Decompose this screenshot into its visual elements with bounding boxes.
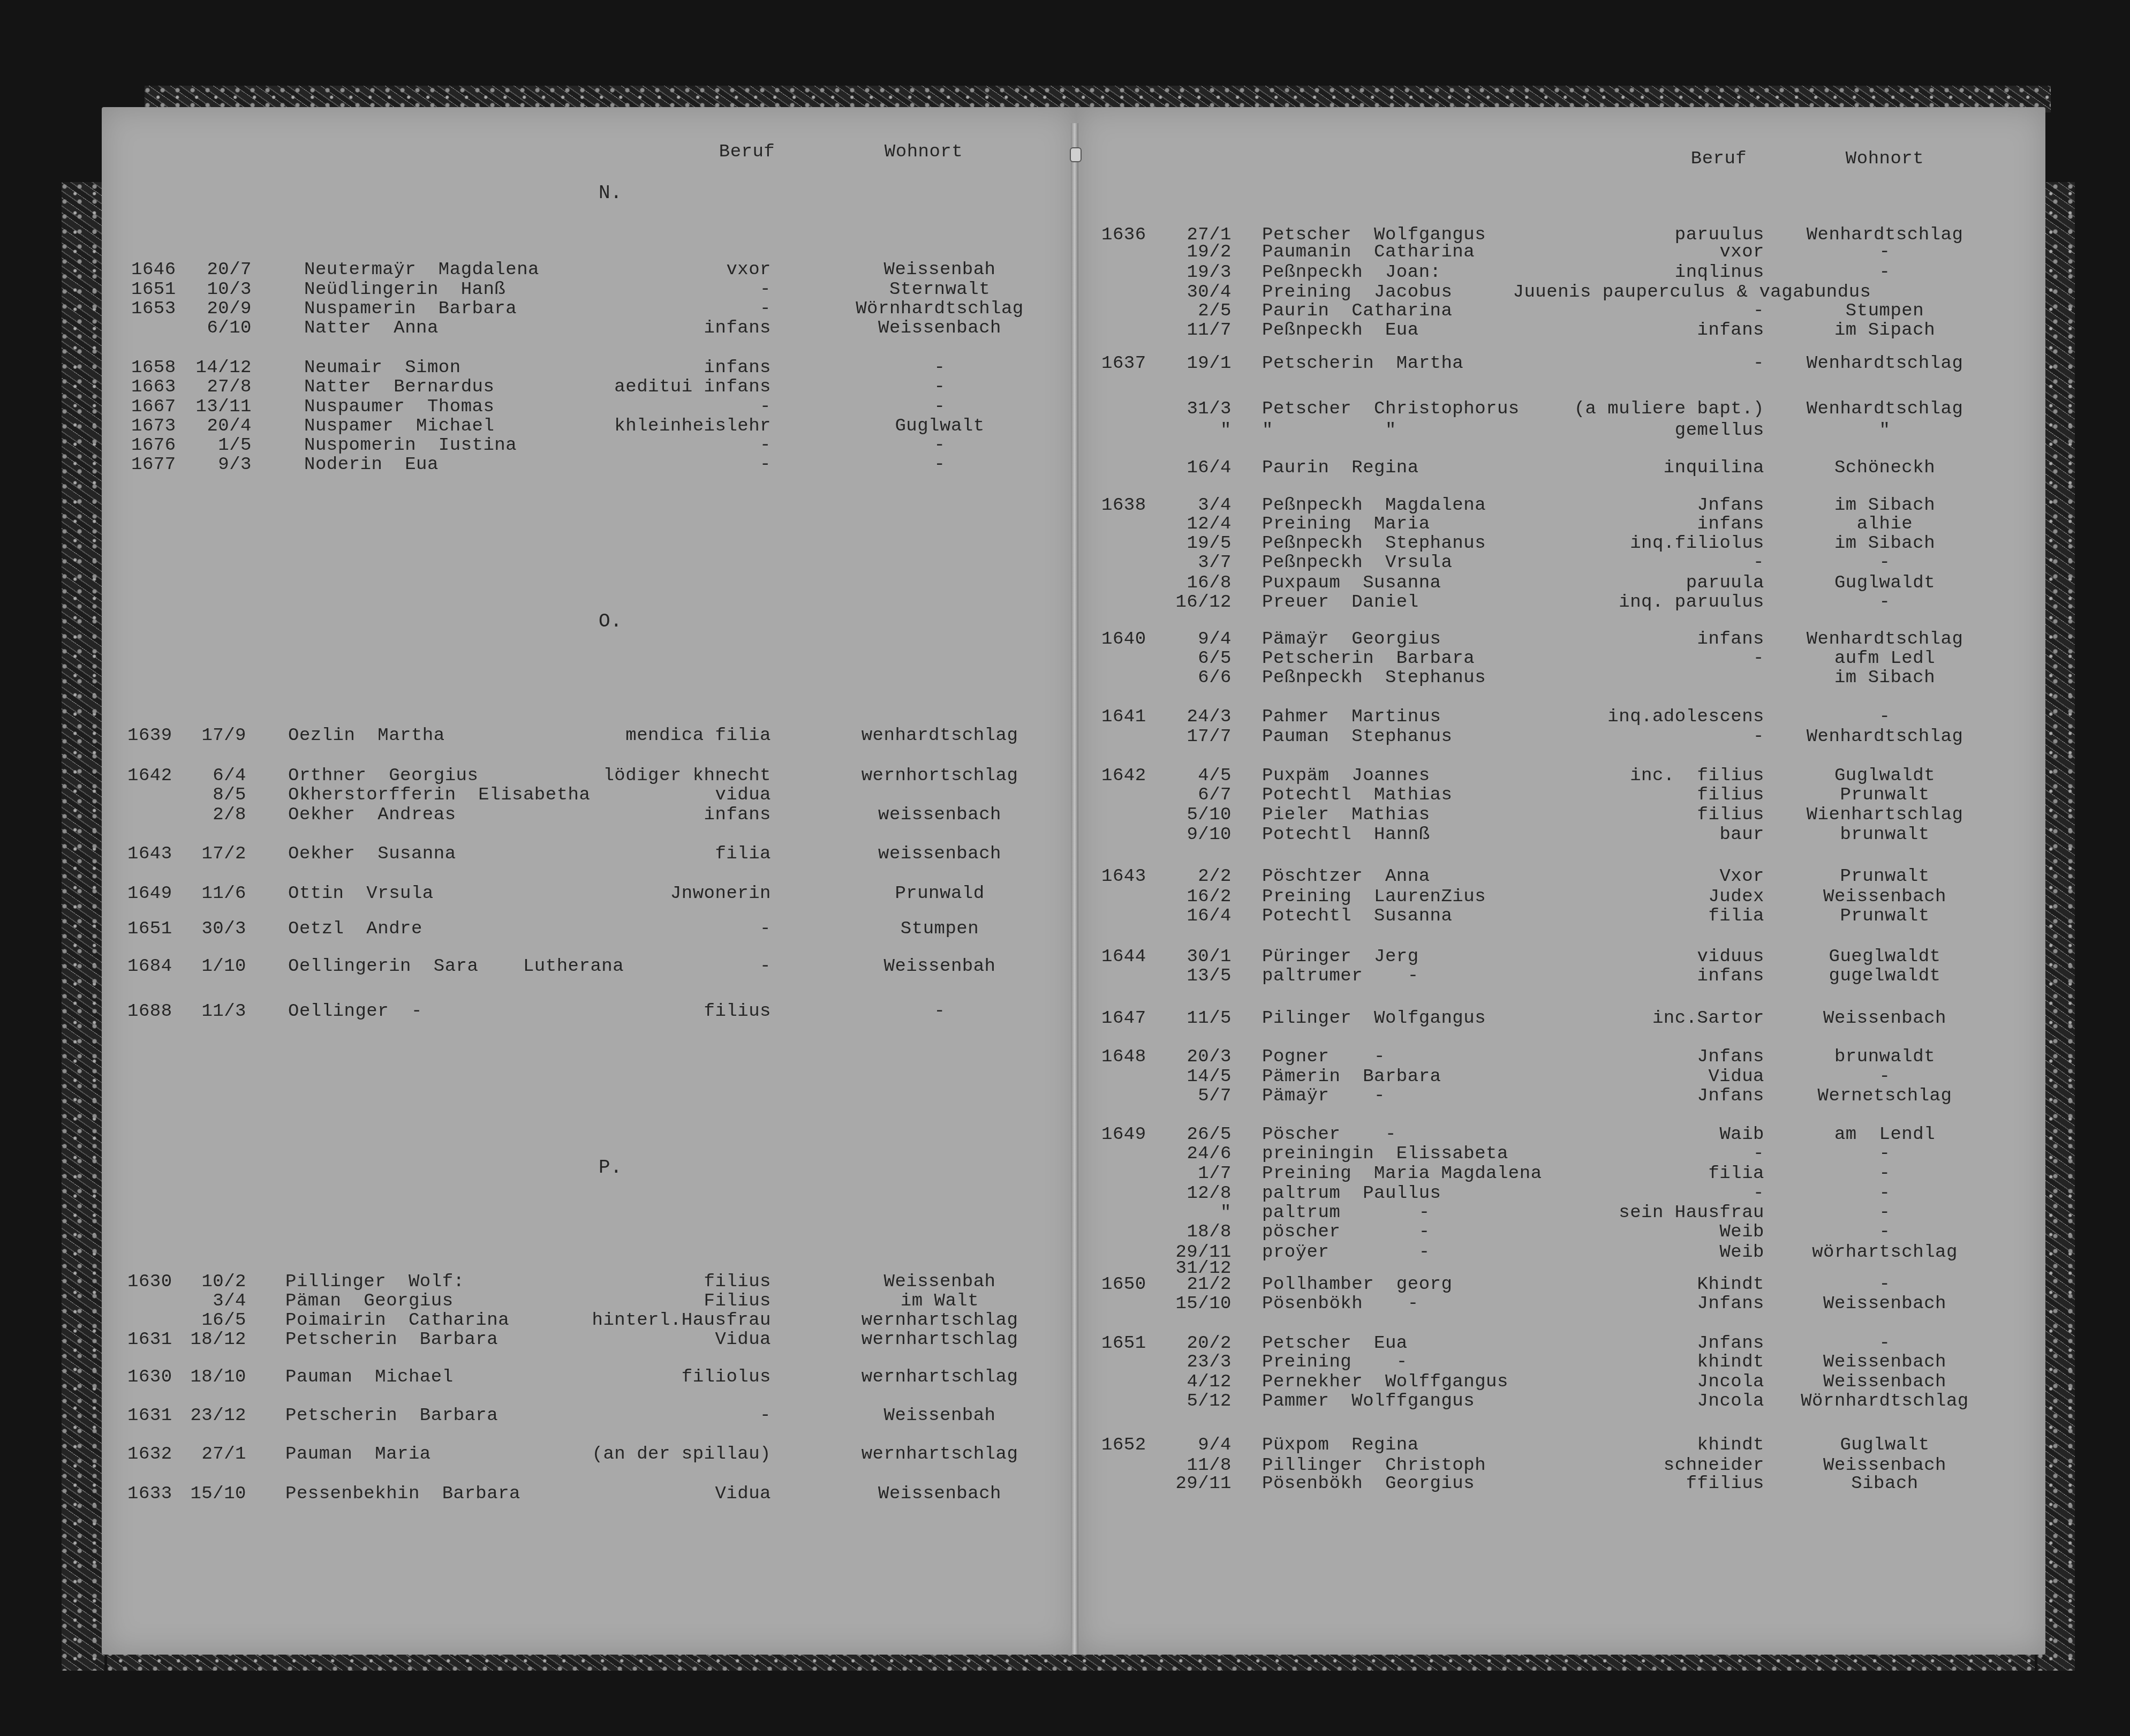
entry-name: Potechtl Hannß — [1262, 825, 1430, 845]
entry-name: Pöscher - — [1262, 1124, 1396, 1145]
entry-name: Petscherin Barbara — [285, 1406, 498, 1426]
entry-beruf: Jnfans — [1697, 1333, 1764, 1354]
entry-wohnort: Prunwald — [895, 884, 984, 904]
staple-icon — [1070, 147, 1082, 162]
entry-name: Peßnpeckh Vrsula — [1262, 553, 1452, 573]
entry-name: Preining Jacobus — [1262, 282, 1452, 303]
entry-beruf: Juuenis pauperculus & vagabundus — [1513, 282, 1871, 303]
entry-beruf: khindt — [1697, 1435, 1764, 1455]
entry-wohnort: Schöneckh — [1834, 458, 1935, 478]
entry-beruf: Weib — [1719, 1222, 1764, 1242]
entry-beruf: Jnfans — [1697, 1294, 1764, 1314]
entry-name: Preining Maria — [1262, 514, 1430, 534]
entry-date: " — [1220, 1203, 1232, 1223]
entry-wohnort: - — [1879, 262, 1891, 283]
entry-date: 29/11 — [1175, 1474, 1232, 1494]
entry-name: Preuer Daniel — [1262, 592, 1419, 613]
entry-wohnort: Wenhardtschlag — [1807, 727, 1963, 747]
entry-wohnort: Wenhardtschlag — [1807, 399, 1963, 419]
entry-name: Peßnpeckh Stephanus — [1262, 533, 1486, 554]
entry-name: Oellingerin Sara Lutherana — [288, 956, 624, 977]
entry-year: 1667 — [131, 397, 176, 417]
entry-date: 30/4 — [1187, 282, 1232, 303]
entry-name: Pieler Mathias — [1262, 805, 1430, 825]
entry-name: Oekher Susanna — [288, 844, 456, 864]
entry-year: 1651 — [127, 919, 172, 939]
entry-date: 10/3 — [207, 280, 252, 300]
entry-name: Ottin Vrsula — [288, 884, 434, 904]
entry-year: 1641 — [1101, 707, 1146, 727]
entry-name: Pämaÿr - — [1262, 1086, 1385, 1106]
marbled-cover-left — [62, 182, 104, 1671]
entry-wohnort: - — [934, 358, 946, 378]
entry-date: 9/3 — [218, 455, 252, 475]
entry-wohnort: " — [1879, 420, 1891, 441]
entry-beruf: paruula — [1686, 573, 1764, 593]
entry-name: preiningin Elissabeta — [1262, 1144, 1508, 1164]
entry-year: 1647 — [1101, 1008, 1146, 1029]
entry-wohnort: brunwalt — [1840, 825, 1929, 845]
column-header-wohnort: Wohnort — [1846, 149, 1924, 169]
entry-beruf: - — [1753, 553, 1764, 573]
entry-wohnort: wenhardtschlag — [862, 726, 1018, 746]
entry-wohnort: - — [1879, 1067, 1891, 1087]
entry-wohnort: - — [1879, 1203, 1891, 1223]
entry-date: 14/12 — [195, 358, 252, 378]
entry-name: Pauman Michael — [285, 1367, 454, 1387]
entry-wohnort: Weissenbah — [883, 1272, 995, 1292]
entry-beruf: Khindt — [1697, 1274, 1764, 1295]
entry-name: Pillinger Christoph — [1262, 1455, 1486, 1476]
entry-name: Püringer Jerg — [1262, 947, 1419, 967]
entry-name: Noderin Eua — [304, 455, 439, 475]
entry-year: 1649 — [127, 884, 172, 904]
entry-beruf: - — [760, 280, 771, 300]
entry-beruf: Vxor — [1719, 866, 1764, 887]
entry-wohnort: Weissenbach — [1823, 1455, 1946, 1476]
entry-wohnort: - — [1879, 242, 1891, 262]
entry-beruf: filia — [715, 844, 771, 864]
entry-date: 19/3 — [1187, 262, 1232, 283]
entry-wohnort: Wienhartschlag — [1807, 805, 1963, 825]
entry-date: 6/6 — [1198, 668, 1232, 688]
entry-beruf: vidua — [715, 785, 771, 805]
entry-date: 23/12 — [190, 1406, 246, 1426]
section-letter: P. — [599, 1157, 622, 1179]
entry-date: 16/4 — [1187, 458, 1232, 478]
entry-wohnort: Prunwalt — [1840, 785, 1929, 805]
entry-wohnort: - — [934, 1001, 946, 1022]
entry-date: 14/5 — [1187, 1067, 1232, 1087]
entry-wohnort: im Walt — [901, 1291, 979, 1311]
entry-date: 13/11 — [195, 397, 252, 417]
entry-date: 20/4 — [207, 416, 252, 436]
entry-date: 13/5 — [1187, 966, 1232, 986]
entry-beruf: inquilina — [1664, 458, 1764, 478]
entry-date: 11/5 — [1187, 1008, 1232, 1029]
entry-wohnort: wernhartschlag — [862, 1444, 1018, 1465]
entry-wohnort: Wenhardtschlag — [1807, 629, 1963, 650]
entry-date: 17/9 — [201, 726, 246, 746]
entry-wohnort: wernhortschlag — [862, 766, 1018, 786]
entry-beruf: sein Hausfrau — [1619, 1203, 1764, 1223]
entry-name: Oekher Andreas — [288, 805, 456, 825]
entry-date: 6/4 — [213, 766, 246, 786]
entry-wohnort: wernhartschlag — [862, 1310, 1018, 1331]
entry-year: 1663 — [131, 377, 176, 397]
entry-beruf: inq. paruulus — [1619, 592, 1764, 613]
entry-name: Preining - — [1262, 1352, 1408, 1372]
entry-beruf: filia — [1708, 1164, 1764, 1184]
entry-beruf: - — [760, 919, 771, 939]
entry-year: 1649 — [1101, 1124, 1146, 1145]
entry-name: Paurin Catharina — [1262, 301, 1452, 321]
entry-beruf: - — [760, 299, 771, 319]
entry-year: 1631 — [127, 1406, 172, 1426]
entry-wohnort: Gueglwaldt — [1829, 947, 1940, 967]
entry-year: 1632 — [127, 1444, 172, 1465]
entry-date: 5/7 — [1198, 1086, 1232, 1106]
entry-date: 30/1 — [1187, 947, 1232, 967]
entry-date: 20/9 — [207, 299, 252, 319]
entry-beruf: infans — [704, 358, 771, 378]
entry-wohnort: Wörnhardtschlag — [1801, 1391, 1969, 1412]
entry-name: Neüdlingerin Hanß — [304, 280, 505, 300]
entry-year: 1651 — [1101, 1333, 1146, 1354]
entry-wohnort: weissenbach — [878, 844, 1001, 864]
entry-wohnort: - — [1879, 1333, 1891, 1354]
entry-wohnort: Weissenbach — [1823, 1008, 1946, 1029]
entry-beruf: filius — [1697, 805, 1764, 825]
entry-name: Potechtl Susanna — [1262, 906, 1452, 926]
entry-name: Preining LaurenZius — [1262, 887, 1486, 907]
entry-wohnort: wörhartschlag — [1812, 1242, 1958, 1263]
entry-beruf: aeditui infans — [614, 377, 771, 397]
entry-beruf: - — [1753, 1183, 1764, 1204]
entry-wohnort: Weissenbach — [1823, 887, 1946, 907]
section-letter: O. — [599, 610, 622, 632]
entry-name: Oezlin Martha — [288, 726, 445, 746]
entry-date: 11/6 — [201, 884, 246, 904]
entry-beruf: - — [1753, 727, 1764, 747]
entry-beruf: Waib — [1719, 1124, 1764, 1145]
entry-beruf: Judex — [1708, 887, 1764, 907]
entry-wohnort: - — [1879, 1144, 1891, 1164]
entry-wohnort: aufm Ledl — [1834, 648, 1935, 669]
entry-date: 15/10 — [1175, 1294, 1232, 1314]
entry-name: Oetzl Andre — [288, 919, 422, 939]
entry-wohnort: Guglwalt — [895, 416, 984, 436]
entry-date: 4/5 — [1198, 766, 1232, 786]
entry-name: Püxpom Regina — [1262, 1435, 1419, 1455]
entry-wohnort: Weissenbach — [1823, 1352, 1946, 1372]
entry-name: Pillinger Wolf: — [285, 1272, 464, 1292]
entry-beruf: Vidua — [715, 1330, 771, 1350]
entry-beruf: - — [1753, 648, 1764, 669]
entry-date: 18/10 — [190, 1367, 246, 1387]
entry-date: 16/8 — [1187, 573, 1232, 593]
entry-beruf: infans — [1697, 514, 1764, 534]
entry-wohnort: Weissenbah — [883, 260, 995, 280]
entry-wohnort: Prunwalt — [1840, 866, 1929, 887]
entry-name: Pammer Wolffgangus — [1262, 1391, 1475, 1412]
entry-wohnort: im Sibach — [1834, 668, 1935, 688]
entry-year: 1642 — [1101, 766, 1146, 786]
entry-wohnort: wernhartschlag — [862, 1367, 1018, 1387]
entry-wohnort: brunwaldt — [1834, 1047, 1935, 1067]
entry-date: 16/5 — [201, 1310, 246, 1331]
entry-beruf: Jnfans — [1697, 495, 1764, 516]
entry-date: 2/5 — [1198, 301, 1232, 321]
entry-beruf: lödiger khnecht — [603, 766, 771, 786]
entry-beruf: infans — [1697, 320, 1764, 341]
entry-year: 1652 — [1101, 1435, 1146, 1455]
entry-year: 1640 — [1101, 629, 1146, 650]
entry-beruf: Jncola — [1697, 1372, 1764, 1392]
entry-name: Pauman Maria — [285, 1444, 431, 1465]
entry-wohnort: - — [934, 397, 946, 417]
entry-name: Petscherin Barbara — [1262, 648, 1475, 669]
entry-date: 6/5 — [1198, 648, 1232, 669]
entry-name: Okherstorfferin Elisabetha — [288, 785, 590, 805]
entry-date: 20/7 — [207, 260, 252, 280]
entry-wohnort: am Lendl — [1834, 1124, 1935, 1145]
entry-date: 17/2 — [201, 844, 246, 864]
entry-date: 2/2 — [1198, 866, 1232, 887]
entry-year: 1639 — [127, 726, 172, 746]
entry-date: 2/8 — [213, 805, 246, 825]
entry-beruf: - — [1753, 301, 1764, 321]
entry-year: 1650 — [1101, 1274, 1146, 1295]
entry-name: Orthner Georgius — [288, 766, 478, 786]
entry-wohnort: Stumpen — [901, 919, 979, 939]
entry-date: 6/7 — [1198, 785, 1232, 805]
entry-wohnort: Wörnhardtschlag — [856, 299, 1024, 319]
book-spine — [1071, 123, 1078, 1655]
entry-name: Nuspaumer Thomas — [304, 397, 494, 417]
entry-date: 9/10 — [1187, 825, 1232, 845]
entry-wohnort: Guglwaldt — [1834, 573, 1935, 593]
entry-name: Puxpaum Susanna — [1262, 573, 1441, 593]
entry-year: 1688 — [127, 1001, 172, 1022]
entry-year: 1658 — [131, 358, 176, 378]
entry-date: 16/12 — [1175, 592, 1232, 613]
entry-date: 12/8 — [1187, 1183, 1232, 1204]
entry-date: 16/4 — [1187, 906, 1232, 926]
entry-wohnort: - — [934, 377, 946, 397]
entry-beruf: khleinheislehr — [614, 416, 771, 436]
entry-date: 11/8 — [1187, 1455, 1232, 1476]
entry-wohnort: - — [1879, 592, 1891, 613]
entry-wohnort: gugelwaldt — [1829, 966, 1940, 986]
entry-date: 23/3 — [1187, 1352, 1232, 1372]
entry-name: Pämerin Barbara — [1262, 1067, 1441, 1087]
entry-name: Päman Georgius — [285, 1291, 454, 1311]
entry-name: Neutermaÿr Magdalena — [304, 260, 539, 280]
entry-wohnort: wernhartschlag — [862, 1330, 1018, 1350]
entry-wohnort: - — [1879, 707, 1891, 727]
entry-year: 1643 — [127, 844, 172, 864]
entry-name: pöscher - — [1262, 1222, 1430, 1242]
entry-beruf: Filius — [704, 1291, 771, 1311]
entry-wohnort: im Sibach — [1834, 495, 1935, 516]
column-header-beruf: Beruf — [719, 142, 775, 162]
entry-beruf: - — [760, 435, 771, 456]
column-header-beruf: Beruf — [1691, 149, 1747, 169]
entry-beruf: Jnfans — [1697, 1086, 1764, 1106]
entry-beruf: - — [1753, 1144, 1764, 1164]
entry-wohnort: - — [1879, 553, 1891, 573]
entry-wohnort: - — [1879, 1183, 1891, 1204]
entry-beruf: (a muliere bapt.) — [1574, 399, 1764, 419]
entry-wohnort: Guglwalt — [1840, 1435, 1929, 1455]
entry-date: 17/7 — [1187, 727, 1232, 747]
entry-beruf: inq.adolescens — [1607, 707, 1764, 727]
entry-beruf: - — [760, 1406, 771, 1426]
entry-wohnort: Weissenbach — [878, 318, 1001, 338]
entry-date: 12/4 — [1187, 514, 1232, 534]
entry-beruf: inc.Sartor — [1652, 1008, 1764, 1029]
entry-wohnort: Wenhardtschlag — [1807, 353, 1963, 374]
entry-wohnort: Sibach — [1851, 1474, 1918, 1494]
entry-name: Paurin Regina — [1262, 458, 1419, 478]
entry-year: 1677 — [131, 455, 176, 475]
entry-beruf: Jnfans — [1697, 1047, 1764, 1067]
entry-name: Potechtl Mathias — [1262, 785, 1452, 805]
entry-date: 18/8 — [1187, 1222, 1232, 1242]
entry-name: Oellinger - — [288, 1001, 422, 1022]
entry-name: Pollhamber georg — [1262, 1274, 1452, 1295]
section-letter: N. — [599, 182, 622, 204]
entry-date: 18/12 — [190, 1330, 246, 1350]
entry-beruf: inqlinus — [1675, 262, 1764, 283]
entry-name: Pahmer Martinus — [1262, 707, 1441, 727]
entry-year: 1648 — [1101, 1047, 1146, 1067]
entry-date: 31/3 — [1187, 399, 1232, 419]
entry-date: 8/5 — [213, 785, 246, 805]
entry-date: 3/4 — [1198, 495, 1232, 516]
entry-wohnort: Weissenbah — [883, 956, 995, 977]
entry-date: 1/5 — [218, 435, 252, 456]
entry-beruf: gemellus — [1675, 420, 1764, 441]
entry-beruf: filiolus — [682, 1367, 771, 1387]
entry-date: 20/3 — [1187, 1047, 1232, 1067]
entry-name: Petscher Christophorus — [1262, 399, 1520, 419]
entry-wohnort: Guglwaldt — [1834, 766, 1935, 786]
entry-name: Pösenbökh Georgius — [1262, 1474, 1475, 1494]
entry-date: 24/6 — [1187, 1144, 1232, 1164]
entry-name: paltrumer - — [1262, 966, 1419, 986]
entry-date: 10/2 — [201, 1272, 246, 1292]
entry-date: 20/2 — [1187, 1333, 1232, 1354]
entry-name: Peßnpeckh Joan: — [1262, 262, 1441, 283]
entry-date: 19/1 — [1187, 353, 1232, 374]
entry-year: 1633 — [127, 1484, 172, 1504]
entry-name: Peßnpeckh Eua — [1262, 320, 1419, 341]
entry-name: Pogner - — [1262, 1047, 1385, 1067]
entry-year: 1684 — [127, 956, 172, 977]
entry-date: 1/10 — [201, 956, 246, 977]
entry-name: Pilinger Wolfgangus — [1262, 1008, 1486, 1029]
entry-date: 19/5 — [1187, 533, 1232, 554]
entry-beruf: Vidua — [715, 1484, 771, 1504]
entry-date: 30/3 — [201, 919, 246, 939]
entry-name: Pöschtzer Anna — [1262, 866, 1430, 887]
entry-year: 1642 — [127, 766, 172, 786]
entry-year: 1644 — [1101, 947, 1146, 967]
entry-name: Puxpäm Joannes — [1262, 766, 1430, 786]
entry-year: 1636 — [1101, 225, 1146, 245]
entry-name: Nuspamer Michael — [304, 416, 494, 436]
entry-name: Natter Bernardus — [304, 377, 494, 397]
entry-date: 24/3 — [1187, 707, 1232, 727]
entry-wohnort: Weissenbach — [1823, 1372, 1946, 1392]
entry-beruf: ffilius — [1686, 1474, 1764, 1494]
entry-date: 15/10 — [190, 1484, 246, 1504]
entry-wohnort: Sternwalt — [889, 280, 990, 300]
entry-beruf: infans — [704, 805, 771, 825]
entry-date: 3/4 — [213, 1291, 246, 1311]
entry-year: 1653 — [131, 299, 176, 319]
entry-wohnort: Weissenbach — [1823, 1294, 1946, 1314]
entry-name: Natter Anna — [304, 318, 439, 338]
column-header-wohnort: Wohnort — [885, 142, 963, 162]
entry-name: " " — [1262, 420, 1396, 441]
entry-beruf: mendica filia — [625, 726, 771, 746]
entry-date: 19/2 — [1187, 242, 1232, 262]
entry-beruf: vxor — [726, 260, 771, 280]
entry-date: 5/12 — [1187, 1391, 1232, 1412]
entry-date: 3/7 — [1198, 553, 1232, 573]
entry-beruf: (an der spillau) — [592, 1444, 771, 1465]
entry-name: Pauman Stephanus — [1262, 727, 1452, 747]
entry-name: Pernekher Wolffgangus — [1262, 1372, 1508, 1392]
entry-name: Peßnpeckh Magdalena — [1262, 495, 1486, 516]
entry-name: Poimairin Catharina — [285, 1310, 509, 1331]
entry-beruf: Jnwonerin — [670, 884, 771, 904]
entry-date: 21/2 — [1187, 1274, 1232, 1295]
entry-wohnort: Stumpen — [1846, 301, 1924, 321]
entry-name: paltrum - — [1262, 1203, 1430, 1223]
entry-date: 16/2 — [1187, 887, 1232, 907]
entry-date: 9/4 — [1198, 1435, 1232, 1455]
entry-name: Paumanin Catharina — [1262, 242, 1475, 262]
entry-year: 1630 — [127, 1272, 172, 1292]
entry-beruf: - — [760, 455, 771, 475]
entry-name: Nuspamerin Barbara — [304, 299, 517, 319]
entry-beruf: Vidua — [1708, 1067, 1764, 1087]
entry-beruf: viduus — [1697, 947, 1764, 967]
entry-wohnort: Prunwalt — [1840, 906, 1929, 926]
entry-name: Nuspomerin Iustina — [304, 435, 517, 456]
entry-beruf: filius — [704, 1001, 771, 1022]
entry-date: 11/3 — [201, 1001, 246, 1022]
entry-beruf: baur — [1719, 825, 1764, 845]
entry-beruf: - — [760, 956, 771, 977]
entry-name: Peßnpeckh Stephanus — [1262, 668, 1486, 688]
entry-wohnort: im Sibach — [1834, 533, 1935, 554]
entry-date: 11/7 — [1187, 320, 1232, 341]
entry-beruf: inc. filius — [1630, 766, 1764, 786]
entry-wohnort: - — [1879, 1274, 1891, 1295]
entry-year: 1631 — [127, 1330, 172, 1350]
entry-date: 27/8 — [207, 377, 252, 397]
entry-name: Petscherin Barbara — [285, 1330, 498, 1350]
entry-wohnort: - — [934, 455, 946, 475]
entry-date: 1/7 — [1198, 1164, 1232, 1184]
entry-date: " — [1220, 420, 1232, 441]
entry-name: Pessenbekhin Barbara — [285, 1484, 520, 1504]
